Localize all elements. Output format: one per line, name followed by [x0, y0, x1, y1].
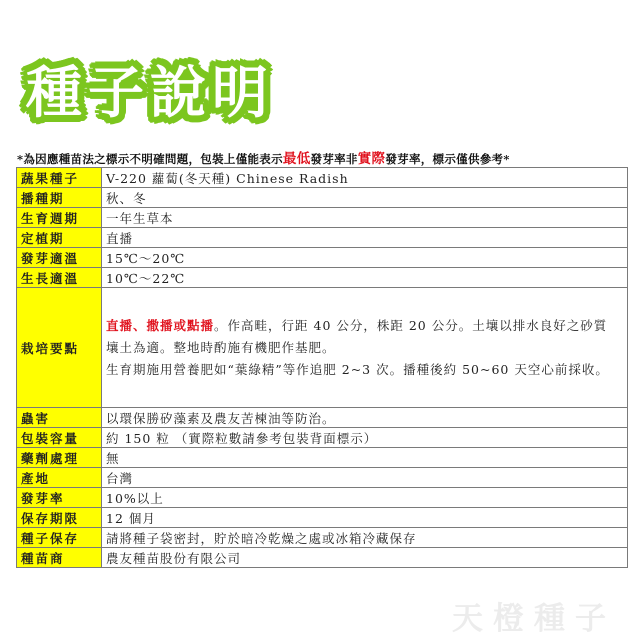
cultivation-notes: 直播、撒播或點播。作高畦，行距 40 公分，株距 20 公分。土壤以排水良好之砂…: [102, 288, 628, 408]
row-label: 蟲害: [17, 408, 102, 428]
table-row: 產地 台灣: [17, 468, 628, 488]
row-label: 包裝容量: [17, 428, 102, 448]
row-value: 農友種苗股份有限公司: [102, 548, 628, 568]
cultivation-line-3: 生育期施用營養肥如“葉綠精”等作追肥 2~3 次。播種後約 50~60 天空心前…: [106, 359, 627, 381]
table-row: 藥劑處理 無: [17, 448, 628, 468]
row-value: 約 150 粒 （實際粒數請參考包裝背面標示）: [102, 428, 628, 448]
table-row: 蟲害 以環保勝矽藻素及農友苦楝油等防治。: [17, 408, 628, 428]
row-label: 保存期限: [17, 508, 102, 528]
table-row: 種子保存 請將種子袋密封，貯於暗冷乾燥之處或冰箱冷藏保存: [17, 528, 628, 548]
row-value: 秋、冬: [102, 188, 628, 208]
row-value: 10℃～22℃: [102, 268, 628, 288]
row-value: 以環保勝矽藻素及農友苦楝油等防治。: [102, 408, 628, 428]
page-title: 種子說明: [26, 58, 274, 130]
cultivation-line-2: 壤土為適。整地時酌施有機肥作基肥。: [106, 337, 627, 359]
row-label: 種子保存: [17, 528, 102, 548]
row-label: 產地: [17, 468, 102, 488]
table-row: 播種期 秋、冬: [17, 188, 628, 208]
row-label: 栽培要點: [17, 288, 102, 408]
row-label: 生長適溫: [17, 268, 102, 288]
table-row: 保存期限 12 個月: [17, 508, 628, 528]
table-row: 定植期 直播: [17, 228, 628, 248]
notice-highlight-actual: 實際: [358, 151, 386, 167]
table-row-cultivation: 栽培要點 直播、撒播或點播。作高畦，行距 40 公分，株距 20 公分。土壤以排…: [17, 288, 628, 408]
table-row: 生長適溫 10℃～22℃: [17, 268, 628, 288]
sowing-method-highlight: 直播、撒播或點播: [106, 318, 214, 333]
seed-spec-table: 蔬果種子 V-220 蘿蔔(冬天種) Chinese Radish 播種期 秋、…: [16, 167, 628, 568]
row-label: 生育週期: [17, 208, 102, 228]
brand-watermark: 天橙種子: [452, 593, 616, 638]
cultivation-line-1: 直播、撒播或點播。作高畦，行距 40 公分，株距 20 公分。土壤以排水良好之砂…: [106, 315, 627, 337]
notice-prefix: *為因應種苗法之標示不明確問題，包裝上僅能表示: [17, 152, 283, 166]
notice-suffix: 發芽率，標示僅供參考*: [385, 152, 509, 166]
table-row: 發芽適溫 15℃～20℃: [17, 248, 628, 268]
table-row: 生育週期 一年生草本: [17, 208, 628, 228]
notice-middle: 發芽率非: [311, 152, 358, 166]
row-value: 台灣: [102, 468, 628, 488]
row-label: 蔬果種子: [17, 168, 102, 188]
table-row: 包裝容量 約 150 粒 （實際粒數請參考包裝背面標示）: [17, 428, 628, 448]
cultivation-line-1-text: 。作高畦，行距 40 公分，株距 20 公分。土壤以排水良好之砂質: [214, 318, 607, 333]
row-value: 15℃～20℃: [102, 248, 628, 268]
table-row: 發芽率 10%以上: [17, 488, 628, 508]
table-row: 種苗商 農友種苗股份有限公司: [17, 548, 628, 568]
notice-highlight-lowest: 最低: [283, 151, 311, 167]
row-label: 種苗商: [17, 548, 102, 568]
row-label: 發芽率: [17, 488, 102, 508]
row-value: 12 個月: [102, 508, 628, 528]
row-value: 無: [102, 448, 628, 468]
row-value: 10%以上: [102, 488, 628, 508]
row-label: 藥劑處理: [17, 448, 102, 468]
row-value: 一年生草本: [102, 208, 628, 228]
row-label: 發芽適溫: [17, 248, 102, 268]
row-value: 直播: [102, 228, 628, 248]
row-value: V-220 蘿蔔(冬天種) Chinese Radish: [102, 168, 628, 188]
germination-notice: *為因應種苗法之標示不明確問題，包裝上僅能表示最低發芽率非實際發芽率，標示僅供參…: [17, 147, 637, 167]
row-label: 播種期: [17, 188, 102, 208]
table-row: 蔬果種子 V-220 蘿蔔(冬天種) Chinese Radish: [17, 168, 628, 188]
row-label: 定植期: [17, 228, 102, 248]
row-value: 請將種子袋密封，貯於暗冷乾燥之處或冰箱冷藏保存: [102, 528, 628, 548]
